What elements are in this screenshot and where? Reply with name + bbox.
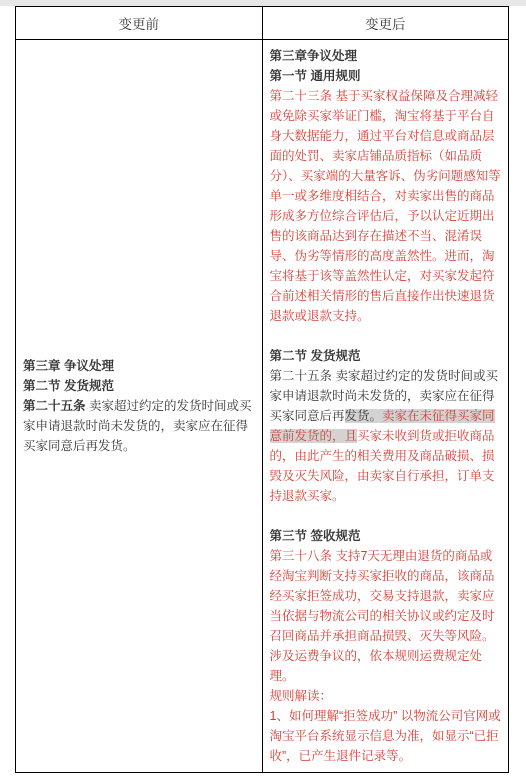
before-section-heading: 第二节 发货规范 bbox=[23, 376, 255, 396]
rule-change-comparison-table: 变更前 变更后 第三章 争议处理 第二节 发货规范 第二十五条 卖家超过约定的发… bbox=[15, 6, 509, 773]
after-section3-heading: 第三节 签收规范 bbox=[270, 526, 502, 546]
before-cell: 第三章 争议处理 第二节 发货规范 第二十五条 卖家超过约定的发货时间或买家申请… bbox=[16, 40, 263, 773]
table-body-row: 第三章 争议处理 第二节 发货规范 第二十五条 卖家超过约定的发货时间或买家申请… bbox=[16, 40, 509, 773]
after-section2-highlighted-black-text: 发货。 bbox=[345, 409, 383, 423]
after-section2-heading: 第二节 发货规范 bbox=[270, 346, 502, 366]
after-section3-body: 第三十八条 支持7天无理由退货的商品或经淘宝判断支持买家拒收的商品，该商品经买家… bbox=[270, 546, 502, 686]
paragraph-spacer bbox=[270, 506, 502, 526]
after-notes-item: 1、如何理解“拒签成功” 以物流公司官网或淘宝平台系统显示信息为准，如显示“已拒… bbox=[270, 706, 502, 766]
paragraph-spacer bbox=[270, 326, 502, 346]
column-header-before: 变更前 bbox=[16, 7, 263, 40]
after-section1-heading: 第一节 通用规则 bbox=[270, 66, 502, 86]
after-cell: 第三章争议处理 第一节 通用规则 第二十三条 基于买家权益保障及合理减轻或免除买… bbox=[262, 40, 509, 773]
before-clause-paragraph: 第二十五条 卖家超过约定的发货时间或买家申请退款时尚未发货的，卖家应在征得买家同… bbox=[23, 396, 255, 456]
after-section1-body: 第二十三条 基于买家权益保障及合理减轻或免除买家举证门槛，淘宝将基于平台自身大数… bbox=[270, 86, 502, 326]
table-header-row: 变更前 变更后 bbox=[16, 7, 509, 40]
before-clause-label: 第二十五条 bbox=[23, 399, 86, 413]
after-notes-heading: 规则解读： bbox=[270, 686, 502, 706]
before-chapter-heading: 第三章 争议处理 bbox=[23, 356, 255, 376]
after-chapter-heading: 第三章争议处理 bbox=[270, 46, 502, 66]
column-header-after: 变更后 bbox=[262, 7, 509, 40]
after-section2-body: 第二十五条 卖家超过约定的发货时间或买家申请退款时尚未发货的，卖家应在征得买家同… bbox=[270, 366, 502, 506]
